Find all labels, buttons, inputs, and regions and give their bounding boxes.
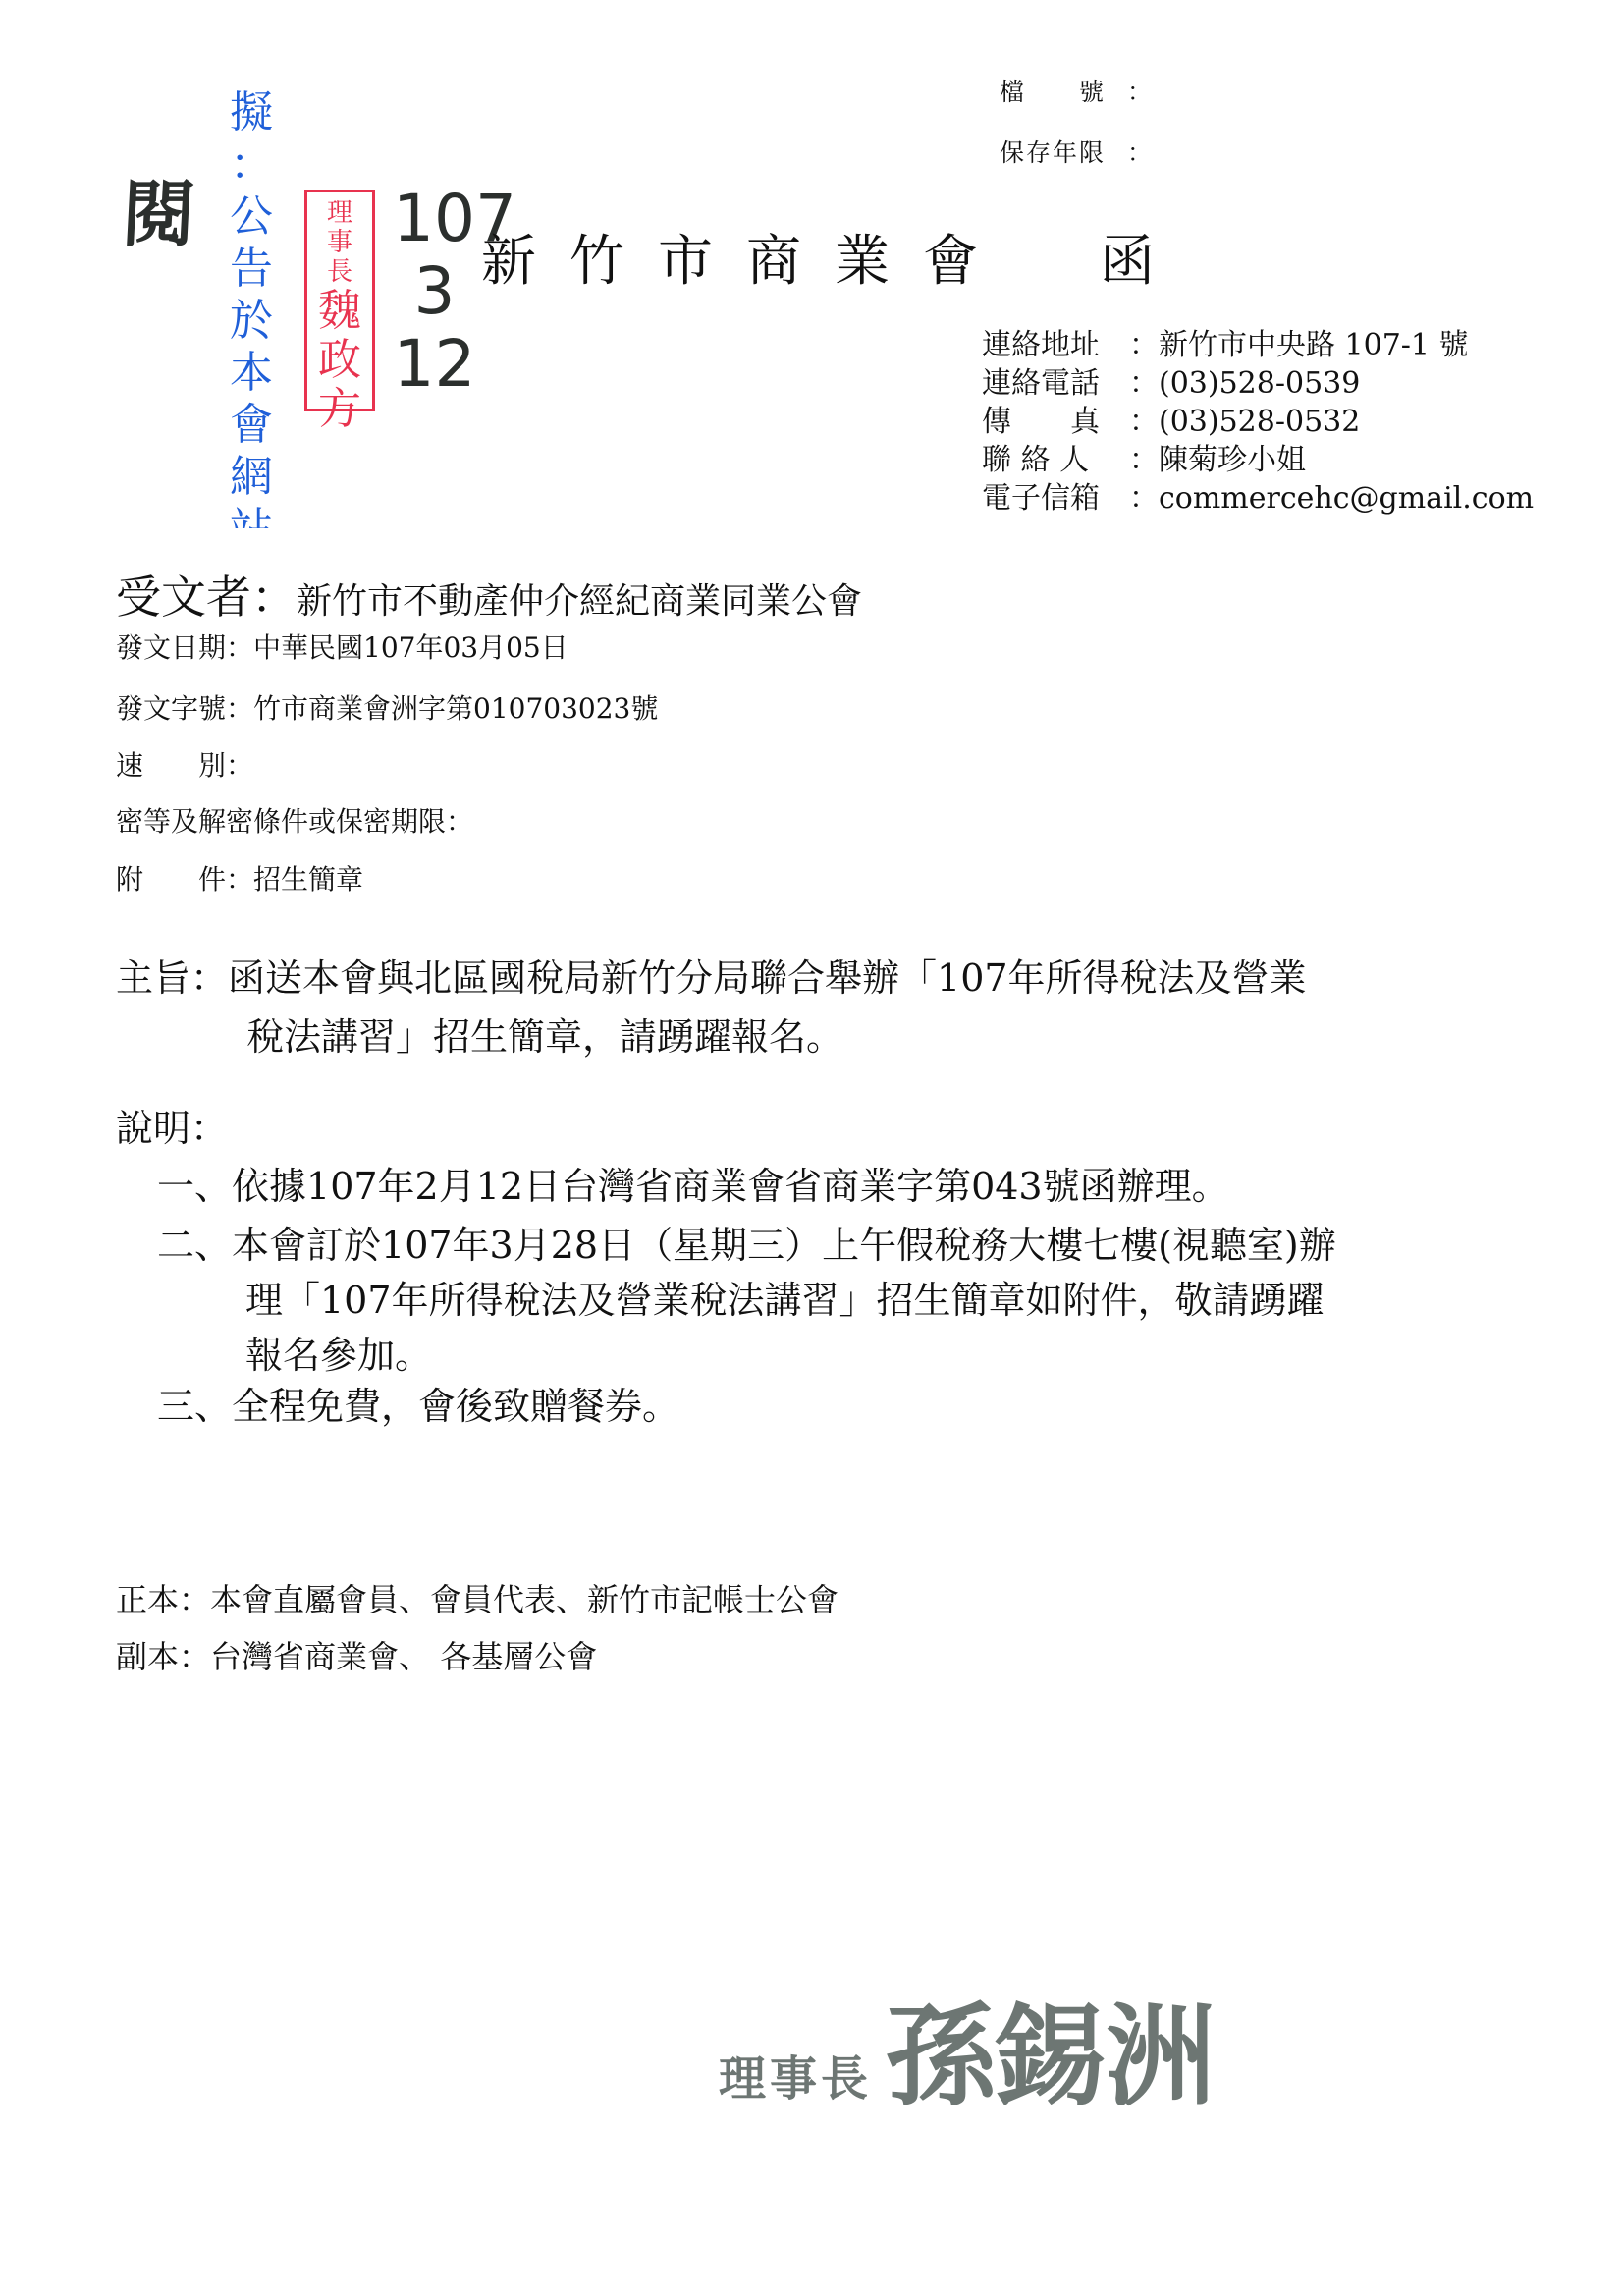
retention-label: 保存年限	[1000, 140, 1127, 165]
carbon-copy: 副本：台灣省商業會、 各基層公會	[116, 1632, 597, 1677]
attachment: 附 件：招生簡章	[116, 858, 363, 898]
email-link: commercehc@gmail.com	[1159, 479, 1534, 518]
document-title: 新竹市商業會 函	[481, 218, 1188, 297]
contact-address: 連絡地址：新竹市中央路 107-1 號	[982, 326, 1534, 364]
subject: 主旨：函送本會與北區國稅局新竹分局聯合舉辦「107年所得稅法及營業 稅法講習」招…	[116, 949, 1540, 1066]
contact-block: 連絡地址：新竹市中央路 107-1 號 連絡電話：(03)528-0539 傳 …	[982, 326, 1534, 518]
explanation-item-2: 二、本會訂於107年3月28日（星期三）上午假稅務大樓七樓(視聽室)辦 理「10…	[157, 1218, 1532, 1383]
contact-phone: 連絡電話：(03)528-0539	[982, 364, 1534, 403]
confidentiality: 密等及解密條件或保密期限：	[116, 800, 473, 840]
file-number-label: 檔 號	[1000, 80, 1127, 104]
recipient-value: 新竹市不動產仲介經紀商業同業公會	[297, 581, 862, 622]
chairman-signature: 理事長孫錫洲	[719, 1969, 1216, 2127]
handwritten-note: 擬 ： 公 告 於 本 會 網 站	[226, 86, 277, 528]
contact-email: 電子信箱：commercehc@gmail.com	[982, 479, 1534, 518]
original-copy: 正本：本會直屬會員、會員代表、新竹市記帳士公會	[116, 1575, 839, 1620]
handwritten-date: 107 3 12	[393, 187, 476, 405]
reference-block: 檔 號： 保存年限：	[1000, 61, 1152, 183]
subject-label: 主旨：	[116, 957, 228, 1000]
signature-name: 孫錫洲	[886, 1993, 1216, 2121]
read-mark: 閱	[120, 157, 198, 261]
contact-fax: 傳 真：(03)528-0532	[982, 403, 1534, 441]
explanation-heading: 說明：	[116, 1098, 228, 1152]
retention-row: 保存年限：	[1000, 122, 1152, 183]
signature-title: 理事長	[719, 2051, 872, 2106]
document-number: 發文字號：竹市商業會洲字第010703023號	[116, 687, 658, 727]
explanation-item-1: 一、依據107年2月12日台灣省商業會省商業字第043號函辦理。	[157, 1159, 1532, 1214]
file-number-row: 檔 號：	[1000, 61, 1152, 122]
contact-person: 聯 絡 人：陳菊珍小姐	[982, 441, 1534, 479]
chairman-stamp: 理 事 長 魏 政 方	[304, 190, 375, 411]
recipient: 受文者：新竹市不動產仲介經紀商業同業公會	[116, 562, 862, 627]
explanation-item-3: 三、全程免費，會後致贈餐券。	[157, 1379, 1532, 1434]
issue-date: 發文日期：中華民國107年03月05日	[116, 627, 568, 666]
recipient-label: 受文者：	[116, 571, 297, 624]
priority: 速 別：	[116, 744, 253, 784]
